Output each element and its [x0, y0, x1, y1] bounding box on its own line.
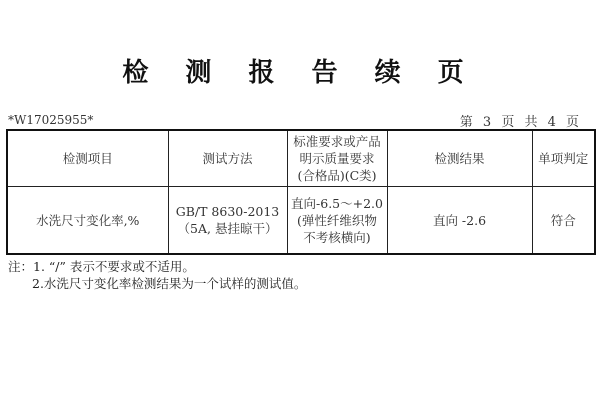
notes: 注：1. “/” 表示不要求或不适用。 2.水洗尺寸变化率检测结果为一个试样的测… [8, 258, 306, 292]
cell-test-result: 直向 -2.6 [387, 187, 532, 255]
header-test-item: 检测项目 [7, 130, 168, 187]
table-row: 水洗尺寸变化率,% GB/T 8630-2013 （5A, 悬挂晾干） 直向-6… [7, 187, 595, 255]
requirement-line: (弹性纤维织物 [288, 212, 387, 229]
cell-test-method: GB/T 8630-2013 （5A, 悬挂晾干） [168, 187, 287, 255]
report-table: 检测项目 测试方法 标准要求或产品 明示质量要求 (合格品)(C类) 检测结果 … [6, 129, 596, 255]
note-2: 2.水洗尺寸变化率检测结果为一个试样的测试值。 [8, 275, 306, 292]
header-standard-line: 标准要求或产品 [288, 133, 387, 150]
page-info: 第 3 页 共 4 页 [460, 111, 582, 130]
document-title: 检 测 报 告 续 页 [0, 52, 600, 89]
requirement-line: 直向-6.5～+2.0 [288, 195, 387, 212]
header-judgement: 单项判定 [532, 130, 595, 187]
header-standard-line: (合格品)(C类) [288, 167, 387, 184]
note-1: 注：1. “/” 表示不要求或不适用。 [8, 258, 306, 275]
method-line: GB/T 8630-2013 [169, 203, 287, 220]
method-line: （5A, 悬挂晾干） [169, 220, 287, 237]
header-test-result: 检测结果 [387, 130, 532, 187]
cell-test-item: 水洗尺寸变化率,% [7, 187, 168, 255]
header-test-method: 测试方法 [168, 130, 287, 187]
cell-judgement: 符合 [532, 187, 595, 255]
report-id: *W17025955* [8, 113, 93, 127]
cell-requirement: 直向-6.5～+2.0 (弹性纤维织物 不考核横向) [287, 187, 387, 255]
header-standard-line: 明示质量要求 [288, 150, 387, 167]
table-header-row: 检测项目 测试方法 标准要求或产品 明示质量要求 (合格品)(C类) 检测结果 … [7, 130, 595, 187]
header-standard-requirement: 标准要求或产品 明示质量要求 (合格品)(C类) [287, 130, 387, 187]
requirement-line: 不考核横向) [288, 229, 387, 246]
